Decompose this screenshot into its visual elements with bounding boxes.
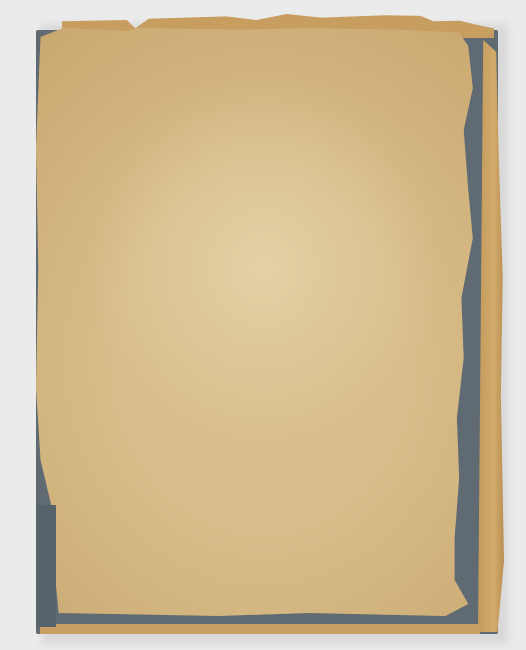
faint-inscription: · · · · — [354, 612, 394, 622]
bottom-edge — [40, 624, 480, 634]
exposed-backing-lower-left — [36, 505, 56, 627]
photo-scene: · · · · — [0, 0, 526, 650]
aged-paper-sheet — [36, 28, 491, 628]
